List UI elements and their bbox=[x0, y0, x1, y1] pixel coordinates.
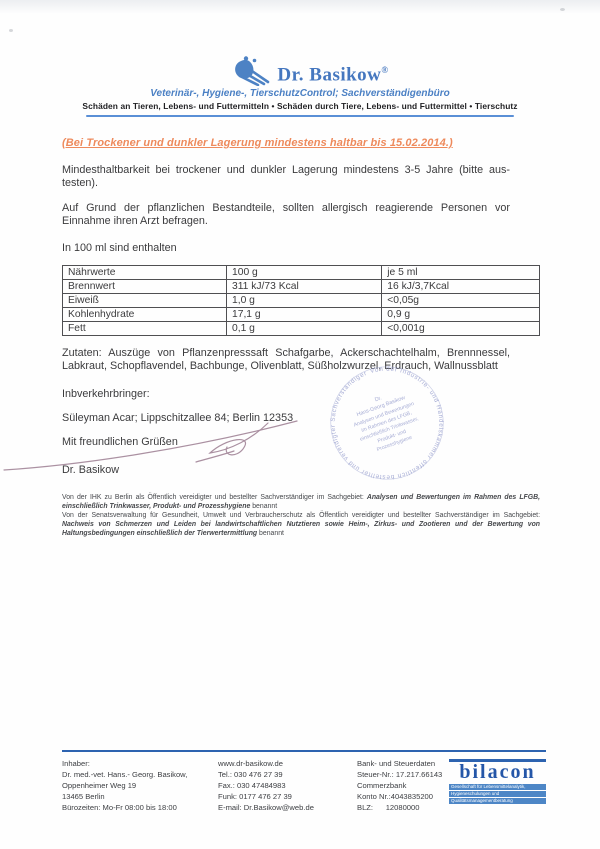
distributor-address: Süleyman Acar; Lippschitzallee 84; Berli… bbox=[62, 412, 540, 424]
credential-text: Von der IHK zu Berlin als Öffentlich ver… bbox=[62, 494, 367, 501]
round-office-stamp: Von der Industrie- und Handelskammer öff… bbox=[323, 360, 451, 486]
footer-line: Dr. med.-vet. Hans.- Georg. Basikow, bbox=[62, 769, 218, 780]
bilacon-tagline-line: Qualitätsmanagementberatung bbox=[449, 798, 546, 804]
brand-row: Dr. Basikow® bbox=[0, 54, 600, 86]
cell-value: <0,05g bbox=[382, 294, 540, 308]
website-text: www.dr-basikow.de bbox=[218, 758, 357, 769]
cell-value: 311 kJ/73 Kcal bbox=[226, 280, 381, 294]
basikow-animal-logo-icon bbox=[229, 54, 273, 86]
table-header-row: Nährwerte 100 g je 5 ml bbox=[63, 266, 540, 280]
cell-value: 0,1 g bbox=[226, 322, 381, 336]
cell-label: Kohlenhydrate bbox=[63, 308, 227, 322]
cell-value: 17,1 g bbox=[226, 308, 381, 322]
bilacon-wordmark: bilacon bbox=[449, 762, 546, 783]
header-cell: je 5 ml bbox=[382, 266, 540, 280]
letter-footer: Inhaber: Dr. med.-vet. Hans.- Georg. Bas… bbox=[62, 750, 546, 813]
footer-owner-block: Inhaber: Dr. med.-vet. Hans.- Georg. Bas… bbox=[62, 758, 218, 813]
mobile-text: Funk: 0177 476 27 39 bbox=[218, 791, 357, 802]
footer-line: Bank- und Steuerdaten bbox=[357, 758, 449, 769]
footer-bank-block: Bank- und Steuerdaten Steuer-Nr.: 17.217… bbox=[357, 758, 449, 813]
closing-salutation: Mit freundlichen Grüßen bbox=[62, 436, 540, 448]
cell-value: 1,0 g bbox=[226, 294, 381, 308]
distributor-label: Inbverkehrbringer: bbox=[62, 388, 540, 400]
footer-divider bbox=[62, 750, 546, 752]
scan-artifact bbox=[9, 29, 13, 32]
credential-specialty: Nachweis von Schmerzen und Leiden bei la… bbox=[62, 521, 540, 537]
stamp-line: Dr. bbox=[374, 395, 383, 403]
footer-line: Bürozeiten: Mo-Fr 08:00 bis 18:00 bbox=[62, 802, 218, 813]
signer-name: Dr. Basikow bbox=[62, 464, 540, 476]
services-tagline: Schäden an Tieren, Lebens- und Futtermit… bbox=[0, 101, 600, 111]
shelf-life-paragraph: Mindesthaltbarkeit bei trockener und dun… bbox=[62, 164, 510, 190]
storage-notice-highlight: (Bei Trockener und dunkler Lagerung mind… bbox=[62, 137, 512, 149]
cell-value: <0,001g bbox=[382, 322, 540, 336]
footer-line: Konto Nr.:4043835200 bbox=[357, 791, 449, 802]
footer-line: Commerzbank bbox=[357, 780, 449, 791]
credential-paragraph-senate: Von der Senatsverwaltung für Gesundheit,… bbox=[62, 511, 540, 538]
cell-label: Brennwert bbox=[63, 280, 227, 294]
bilacon-tagline-line: Gesellschaft für Lebensmittelanalytik, bbox=[449, 784, 546, 790]
footer-line: 13465 Berlin bbox=[62, 791, 218, 802]
registered-mark: ® bbox=[381, 65, 388, 75]
footer-line: Oppenheimer Weg 19 bbox=[62, 780, 218, 791]
scan-edge-shadow bbox=[0, 0, 600, 14]
credential-paragraph-ihk: Von der IHK zu Berlin als Öffentlich ver… bbox=[62, 493, 540, 511]
footer-line: BLZ: 12080000 bbox=[357, 802, 449, 813]
brand-name: Dr. Basikow® bbox=[277, 59, 388, 86]
footer-line: Steuer-Nr.: 17.217.66143 bbox=[357, 769, 449, 780]
nutrition-table: Nährwerte 100 g je 5 ml Brennwert 311 kJ… bbox=[62, 265, 540, 336]
cell-label: Eiweiß bbox=[63, 294, 227, 308]
bilacon-tagline-line: Hygieneschulungen und bbox=[449, 791, 546, 797]
table-row: Brennwert 311 kJ/73 Kcal 16 kJ/3,7Kcal bbox=[63, 280, 540, 294]
email-text: E-mail: Dr.Basikow@web.de bbox=[218, 802, 357, 813]
phone-text: Tel.: 030 476 27 39 bbox=[218, 769, 357, 780]
header-cell: Nährwerte bbox=[63, 266, 227, 280]
header-divider bbox=[86, 115, 514, 117]
cell-value: 0,9 g bbox=[382, 308, 540, 322]
credential-text: benannt bbox=[257, 530, 284, 537]
footer-contact-block: www.dr-basikow.de Tel.: 030 476 27 39 Fa… bbox=[218, 758, 357, 813]
brand-text: Dr. Basikow bbox=[277, 64, 381, 85]
table-row: Eiweiß 1,0 g <0,05g bbox=[63, 294, 540, 308]
letterhead: Dr. Basikow® Veterinär-, Hygiene-, Tiers… bbox=[0, 54, 600, 117]
credential-text: benannt bbox=[250, 503, 277, 510]
bilacon-logo: bilacon Gesellschaft für Lebensmittelana… bbox=[449, 759, 546, 813]
office-subtitle: Veterinär-, Hygiene-, TierschutzControl;… bbox=[0, 88, 600, 99]
table-row: Kohlenhydrate 17,1 g 0,9 g bbox=[63, 308, 540, 322]
footer-line: Inhaber: bbox=[62, 758, 218, 769]
allergy-paragraph: Auf Grund der pflanzlichen Bestandteile,… bbox=[62, 202, 510, 228]
contents-intro: In 100 ml sind enthalten bbox=[62, 242, 540, 254]
letter-body: (Bei Trockener und dunkler Lagerung mind… bbox=[62, 130, 540, 538]
table-row: Fett 0,1 g <0,001g bbox=[63, 322, 540, 336]
header-cell: 100 g bbox=[226, 266, 381, 280]
cell-value: 16 kJ/3,7Kcal bbox=[382, 280, 540, 294]
scan-artifact bbox=[560, 8, 565, 11]
credential-text: Von der Senatsverwaltung für Gesundheit,… bbox=[62, 512, 540, 519]
fax-text: Fax.: 030 47484983 bbox=[218, 780, 357, 791]
scanned-letter-page: { "header": { "brand": "Dr. Basikow", "r… bbox=[0, 0, 600, 849]
cell-label: Fett bbox=[63, 322, 227, 336]
